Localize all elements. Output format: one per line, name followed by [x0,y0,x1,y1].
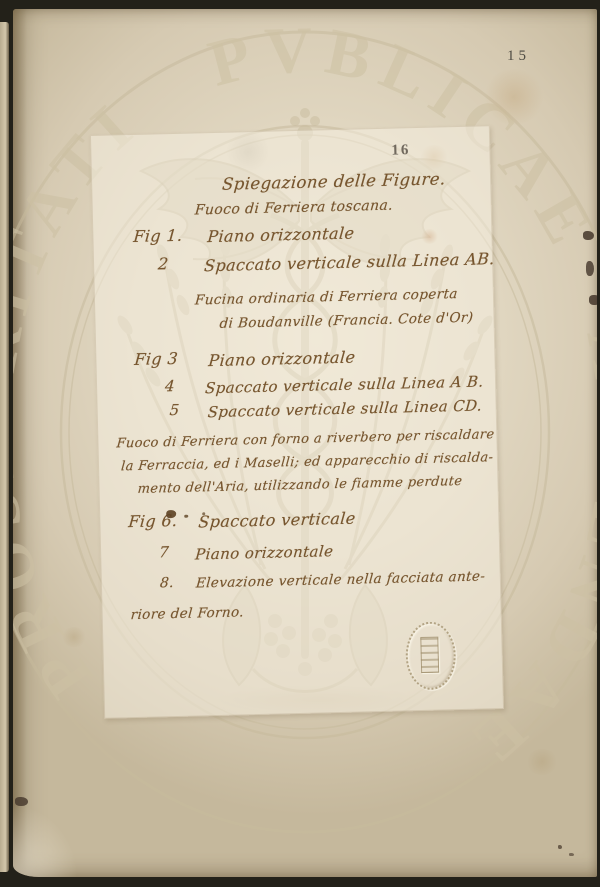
embossed-blind-stamp [405,621,457,690]
book-page: PROSPERITATI PVBLICAE AVGENDAE [13,9,597,877]
figure-row-text: Spaccato verticale sulla Linea AB. [203,249,495,275]
figure-row-text: Piano orizzontale [194,542,334,563]
figure-row-text: Piano orizzontale [208,348,356,371]
ink-speck [586,261,594,276]
pasted-note-sheet: 16 Spiegazione delle Figure. Fuoco di Fe… [90,125,504,719]
manuscript-heading: Spiegazione delle Figure. [221,169,446,194]
figure-row-text: Spaccato verticale [198,509,357,532]
foxing-stain [61,627,87,647]
paragraph-line: mento dell'Aria, utilizzando le fiamme p… [137,474,463,497]
figure-row-text: Piano orizzontale [207,224,355,247]
ink-speck [558,845,562,849]
figure-row-label: 5 [169,401,180,419]
foxing-stain [525,749,559,775]
figure-row-label: 8. [159,575,174,591]
scan-background: PROSPERITATI PVBLICAE AVGENDAE [0,0,600,887]
folio-number: 15 [507,48,530,65]
figure-row-label: Fig 1. [133,226,184,246]
figure-row-text: Spaccato verticale sulla Linea A B. [204,372,484,397]
paragraph-line: Fuoco di Ferriera con forno a riverbero … [116,427,495,451]
figure-row-label: 2 [157,254,169,273]
figure-row-label: 7 [158,543,169,561]
ink-speck [569,853,574,856]
ink-blot [184,515,188,518]
figure-row-label: 4 [164,377,175,395]
note-page-stamp: 16 [391,142,410,159]
adjacent-page-edge [0,22,9,872]
ink-speck [15,797,28,806]
figure-row-continuation: riore del Forno. [130,604,245,623]
foxing-stain [483,69,545,125]
figure-row-text: Elevazione verticale nella facciata ante… [195,568,486,591]
figure-row-text: Spaccato verticale sulla Linea CD. [207,396,483,421]
paragraph-line: la Ferraccia, ed i Maselli; ed apparecch… [120,450,493,474]
caption-line: di Boudanville (Francia. Cote d'Or) [219,310,474,332]
ink-speck [589,295,597,305]
ink-speck [583,231,594,240]
manuscript-subheading: Fuoco di Ferriera toscana. [194,198,394,219]
blind-stamp-core [420,637,439,673]
figure-row-label: Fig 3 [134,349,179,369]
caption-line: Fucina ordinaria di Ferriera coperta [194,286,458,308]
torn-binding-edge [13,9,27,877]
